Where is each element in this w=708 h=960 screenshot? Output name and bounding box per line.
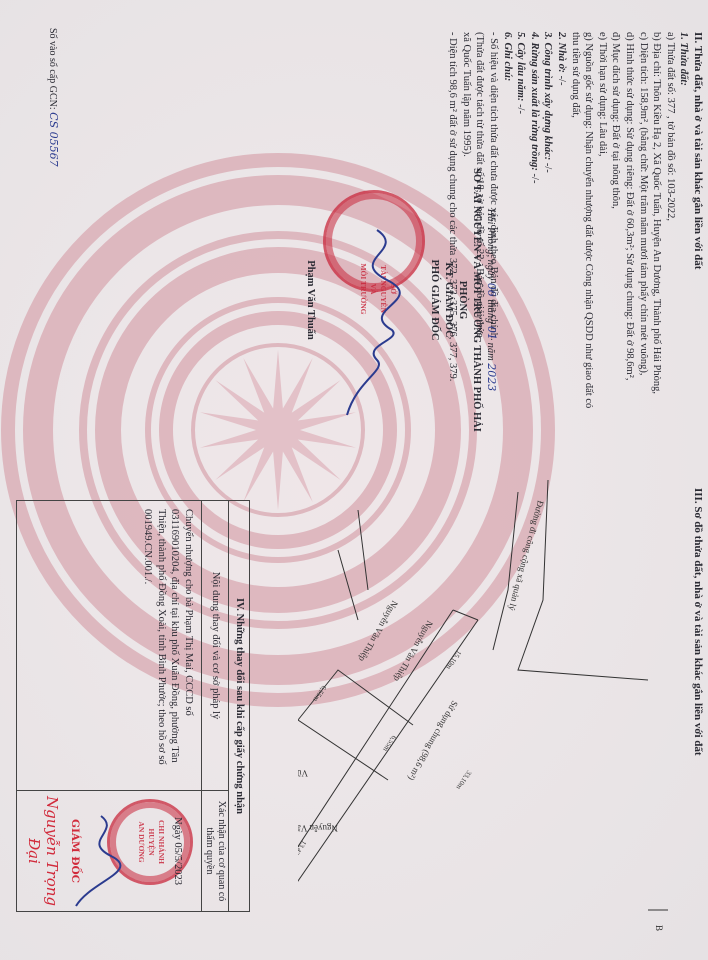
land-heading: 1. Thửa đất: <box>677 32 691 408</box>
land-line-b: b) Địa chỉ: Thôn Kiều Hạ 2, Xã Quốc Tuấn… <box>650 32 664 408</box>
svg-text:33,10m: 33,10m <box>454 769 473 792</box>
common-use-label: Sử dụng chung (98,6 m²) <box>406 699 460 782</box>
neighbor-label-1: Nguyễn Văn Thiệp <box>392 619 435 684</box>
svg-text:15,10m: 15,10m <box>444 649 463 672</box>
road-label: Đường đi công cộng xã quản lý <box>507 499 546 612</box>
neighbor-label-3: Nguyễn Văn Thiệp <box>298 823 338 833</box>
change-entry: Chuyển nhượng cho bà Phạm Thị Mai, CCCD … <box>17 501 201 791</box>
confirmation-cell: CHI NHÁNH HUYỆN AN DƯƠNG Ngày 05/5/2023 … <box>17 791 201 911</box>
item-other-construction: 3. Công trình xây dựng khác: -/- <box>541 32 555 408</box>
land-line-dd: đ) Mục đích sử dụng: Đất ở tại nông thôn… <box>609 32 623 408</box>
svg-text:6,55m: 6,55m <box>381 734 398 754</box>
serial-value: CS 05567 <box>47 112 60 166</box>
confirm-signature-icon <box>71 811 131 911</box>
land-line-a: a) Thửa đất số: 377 , tờ bản đồ số: 103-… <box>663 32 677 408</box>
certificate-serial: Số vào sổ cấp GCN: CS 05567 <box>47 28 60 167</box>
notes-heading: 6. Ghi chú: <box>500 32 514 408</box>
north-arrow-icon: B <box>654 925 664 931</box>
col-confirmation: Xác nhận của cơ quan có thẩm quyền <box>202 791 228 911</box>
land-certificate-page: II. Thửa đất, nhà ở và tài sản khác gắn … <box>0 0 708 960</box>
land-line-g: g) Nguồn gốc sử dụng: Nhận chuyển nhượng… <box>582 32 596 408</box>
section2-title: II. Thửa đất, nhà ở và tài sản khác gắn … <box>690 32 704 408</box>
svg-text:13,42m: 13,42m <box>298 839 308 862</box>
section3-title: III. Sơ đồ thửa đất, nhà ở và tài sản kh… <box>690 488 704 756</box>
land-line-e: e) Thời hạn sử dụng: Lâu dài, <box>595 32 609 408</box>
signature-icon <box>327 220 417 420</box>
land-plot-diagram: Sử dụng chung (98,6 m²) Nguyễn Văn Thiệp… <box>298 470 668 940</box>
signer-name: Phạm Văn Thuấn <box>303 150 317 450</box>
stamp-area: SỞ TÀI NGUYÊN VÀ MÔI TRƯỜNG <box>317 150 427 450</box>
neighbor-label-2: Nguyễn Văn Thiệp <box>357 599 400 664</box>
signature-block: Hải Phòng, ngày 06 tháng 01 năm 2023 SỞ … <box>303 150 498 450</box>
land-line-c: c) Diện tích: 158,9m², (bằng chữ: Một tr… <box>636 32 650 408</box>
kt-title: KT. GIÁM ĐỐC <box>441 150 455 450</box>
item-forest: 4. Rừng sản xuất là rừng trồng: -/- <box>527 32 541 408</box>
land-line-g2: thu tiền sử dụng đất, <box>568 32 582 408</box>
item-perennial: 5. Cây lâu năm: -/- <box>514 32 528 408</box>
confirm-signer: Nguyễn Trọng Đại <box>25 791 61 911</box>
neighbor-right-label: Vũ Thị Sinh <box>298 768 308 778</box>
changes-table: IV. Những thay đổi sau khi cấp giấy chứn… <box>16 500 250 912</box>
land-line-d: d) Hình thức sử dụng: Sử dụng riêng: Đất… <box>622 32 636 408</box>
item-house: 2. Nhà ở: -/- <box>554 32 568 408</box>
col-change-content: Nội dung thay đổi và cơ sở pháp lý <box>202 501 228 791</box>
issuing-agency: SỞ TÀI NGUYÊN VÀ MÔI TRƯỜNG THÀNH PHỐ HẢ… <box>455 150 483 450</box>
section4-title: IV. Những thay đổi sau khi cấp giấy chứn… <box>228 501 249 911</box>
issue-date: Hải Phòng, ngày 06 tháng 01 năm 2023 <box>483 150 498 450</box>
signer-position: PHÓ GIÁM ĐỐC <box>427 150 441 450</box>
confirm-date: Ngày 05/5/2023 <box>172 791 183 911</box>
